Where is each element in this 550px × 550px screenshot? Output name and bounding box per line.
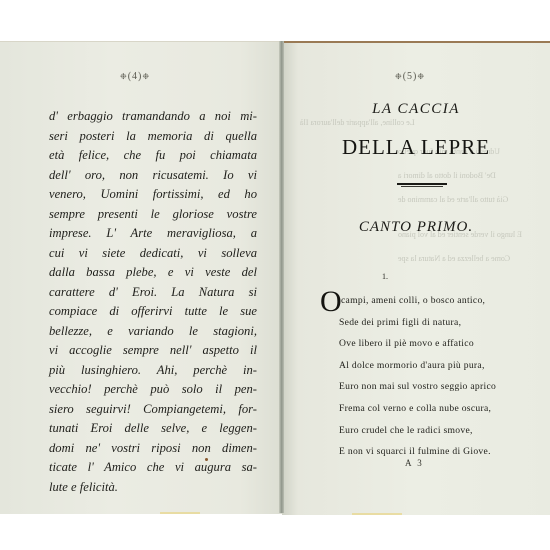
- ornament-icon: ❉: [120, 72, 128, 81]
- verse-line: Al dolce mormorio d'aura più pura,: [339, 355, 496, 377]
- show-through-text: Come a bellezza ed a Natura la spe: [398, 254, 510, 263]
- paper-stain: [160, 512, 200, 514]
- text-line: dalla bassa plebe, e vi veste del: [49, 263, 257, 283]
- show-through-text: Le colline, all'apparir dell'aurora Ilà: [300, 118, 415, 127]
- text-line: compiace di offerirvi tutte le sue: [49, 302, 257, 322]
- page-number-right: ❉(5)❉: [395, 71, 425, 82]
- page-number: 5: [407, 71, 413, 82]
- verse-line: Euro crudel che le radici smove,: [339, 420, 496, 442]
- page-number-left: ❉(4)❉: [120, 71, 150, 82]
- ornament-icon: ❉: [417, 72, 425, 81]
- ornament-icon: ❉: [395, 72, 403, 81]
- text-line: imprese. L' Arte meravigliosa, a: [49, 224, 257, 244]
- title-line-1: LA CACCIA: [282, 101, 550, 118]
- verse-line: Ove libero il piè movo e affatico: [339, 333, 496, 355]
- text-line: età felice, che fu poi chiamata: [49, 146, 257, 166]
- text-line: seri posteri la memoria di quella: [49, 127, 257, 147]
- page-number: 4: [132, 71, 138, 82]
- verse-stanza: campi, ameni colli, o bosco antico, Sede…: [339, 290, 496, 463]
- foxing-spot: [205, 458, 208, 461]
- text-line: d' erbaggio tramandando a noi mi-: [49, 107, 257, 127]
- signature-mark: A 3: [405, 458, 424, 468]
- verse-line: Euro non mai sul vostro seggio aprico: [339, 376, 496, 398]
- text-line: carattere d' Eroi. La Natura si: [49, 283, 257, 303]
- text-line: bellezze, e variando le stagioni,: [49, 322, 257, 342]
- title-line-2: DELLA LEPRE: [282, 135, 550, 160]
- text-line: domi ne' vostri riposi non dimen-: [49, 439, 257, 459]
- canto-heading: CANTO PRIMO.: [282, 219, 550, 236]
- text-line: dell' oro, non ricusatemi. Io vi: [49, 166, 257, 186]
- text-line: venero, Uomini fortissimi, ed ho: [49, 185, 257, 205]
- ornamental-rule: [397, 183, 447, 189]
- text-line: ticate l' Amico che vi augura sa-: [49, 458, 257, 478]
- verse-line: Frema col verno e colla nube oscura,: [339, 398, 496, 420]
- verse-line: campi, ameni colli, o bosco antico,: [341, 290, 496, 312]
- show-through-text: De' Bodoni il dotto al dimori a: [398, 171, 496, 180]
- ornament-icon: ❉: [142, 72, 150, 81]
- text-line: tunati Eroi delle selve, e leggen-: [49, 419, 257, 439]
- paper-stain: [352, 513, 402, 515]
- text-line: sempre presenti le gloriose vostre: [49, 205, 257, 225]
- verse-line: Sede dei primi figli di natura,: [339, 312, 496, 334]
- prose-text: d' erbaggio tramandando a noi mi- seri p…: [49, 107, 257, 497]
- text-line: più lusinghiero. Ahi, perchè in-: [49, 361, 257, 381]
- stanza-number: 1.: [382, 272, 388, 281]
- text-line: vi accoglie sempre nell' aspetto il: [49, 341, 257, 361]
- text-line: siero seguirvi! Compiangetemi, for-: [49, 400, 257, 420]
- text-line: vecchio! perchè può solo il pen-: [49, 380, 257, 400]
- text-line: cui vi siete dedicati, vi solleva: [49, 244, 257, 264]
- text-line: lute e felicità.: [49, 478, 257, 498]
- show-through-text: Già tutto all'arte ed al cammino de: [398, 195, 508, 204]
